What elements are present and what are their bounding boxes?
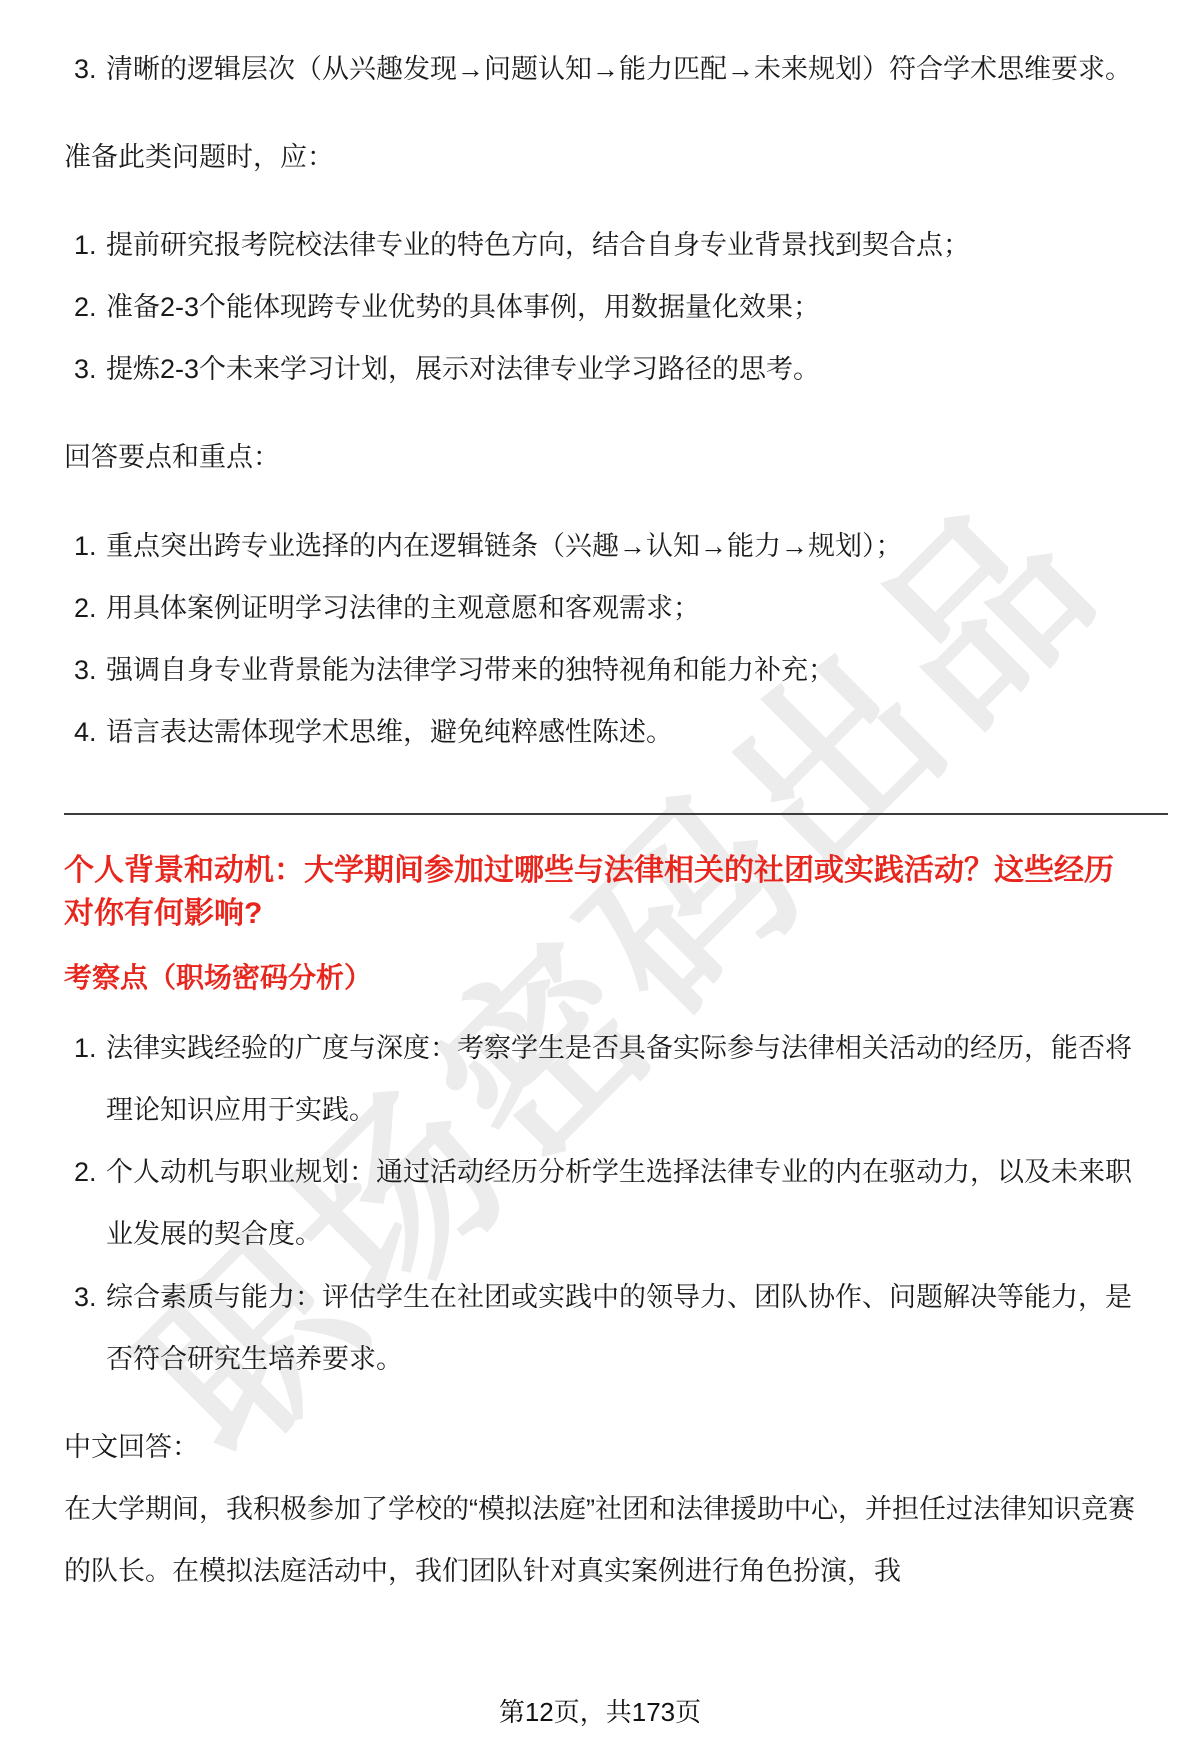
list-item-text: 提炼2-3个未来学习计划，展示对法律专业学习路径的思考。 [106,338,1142,400]
continued-numbered-list: 3. 清晰的逻辑层次（从兴趣发现→问题认知→能力匹配→未来规划）符合学术思维要求… [64,38,1142,100]
key-points-intro: 回答要点和重点： [64,426,1142,488]
answer-paragraph: 在大学期间，我积极参加了学校的“模拟法庭”社团和法律援助中心，并担任过法律知识竞… [64,1478,1142,1602]
list-item-text: 语言表达需体现学术思维，避免纯粹感性陈述。 [106,701,1142,763]
list-item-number: 4. [64,701,106,763]
document-page: 3. 清晰的逻辑层次（从兴趣发现→问题认知→能力匹配→未来规划）符合学术思维要求… [0,0,1200,1602]
list-item: 4. 语言表达需体现学术思维，避免纯粹感性陈述。 [64,701,1142,763]
list-item-text: 用具体案例证明学习法律的主观意愿和客观需求； [106,577,1142,639]
list-item: 3. 提炼2-3个未来学习计划，展示对法律专业学习路径的思考。 [64,338,1142,400]
list-item-text: 个人动机与职业规划：通过活动经历分析学生选择法律专业的内在驱动力，以及未来职业发… [106,1141,1142,1265]
page-number-indicator: 第12页，共173页 [0,1692,1200,1729]
list-item-number: 3. [64,639,106,701]
section-divider [64,813,1168,815]
list-item: 1. 重点突出跨专业选择的内在逻辑链条（兴趣→认知→能力→规划）； [64,515,1142,577]
list-item-number: 3. [64,1266,106,1328]
list-item-text: 法律实践经验的广度与深度：考察学生是否具备实际参与法律相关活动的经历，能否将理论… [106,1017,1142,1141]
list-item-number: 2. [64,276,106,338]
list-item-text: 重点突出跨专业选择的内在逻辑链条（兴趣→认知→能力→规划）； [106,515,1142,577]
list-item-number: 3. [64,38,106,100]
list-item-number: 2. [64,1141,106,1203]
prep-intro: 准备此类问题时，应： [64,126,1142,188]
answer-label: 中文回答： [64,1416,1142,1478]
analysis-numbered-list: 1. 法律实践经验的广度与深度：考察学生是否具备实际参与法律相关活动的经历，能否… [64,1017,1142,1390]
prep-numbered-list: 1. 提前研究报考院校法律专业的特色方向，结合自身专业背景找到契合点； 2. 准… [64,214,1142,400]
list-item-number: 1. [64,515,106,577]
list-item-text: 强调自身专业背景能为法律学习带来的独特视角和能力补充； [106,639,1142,701]
list-item: 2. 准备2-3个能体现跨专业优势的具体事例，用数据量化效果； [64,276,1142,338]
list-item: 1. 法律实践经验的广度与深度：考察学生是否具备实际参与法律相关活动的经历，能否… [64,1017,1142,1141]
list-item: 3. 清晰的逻辑层次（从兴趣发现→问题认知→能力匹配→未来规划）符合学术思维要求… [64,38,1142,100]
list-item-number: 1. [64,1017,106,1079]
list-item: 3. 综合素质与能力：评估学生在社团或实践中的领导力、团队协作、问题解决等能力，… [64,1266,1142,1390]
key-points-numbered-list: 1. 重点突出跨专业选择的内在逻辑链条（兴趣→认知→能力→规划）； 2. 用具体… [64,515,1142,763]
list-item-text: 准备2-3个能体现跨专业优势的具体事例，用数据量化效果； [106,276,1142,338]
list-item-text: 清晰的逻辑层次（从兴趣发现→问题认知→能力匹配→未来规划）符合学术思维要求。 [106,38,1142,100]
list-item: 2. 用具体案例证明学习法律的主观意愿和客观需求； [64,577,1142,639]
list-item-text: 综合素质与能力：评估学生在社团或实践中的领导力、团队协作、问题解决等能力，是否符… [106,1266,1142,1390]
list-item-text: 提前研究报考院校法律专业的特色方向，结合自身专业背景找到契合点； [106,214,1142,276]
list-item: 1. 提前研究报考院校法律专业的特色方向，结合自身专业背景找到契合点； [64,214,1142,276]
list-item-number: 1. [64,214,106,276]
list-item-number: 3. [64,338,106,400]
interview-question-heading: 个人背景和动机：大学期间参加过哪些与法律相关的社团或实践活动？这些经历对你有何影… [64,849,1142,936]
list-item: 3. 强调自身专业背景能为法律学习带来的独特视角和能力补充； [64,639,1142,701]
list-item: 2. 个人动机与职业规划：通过活动经历分析学生选择法律专业的内在驱动力，以及未来… [64,1141,1142,1265]
list-item-number: 2. [64,577,106,639]
analysis-subheading: 考察点（职场密码分析） [64,958,1142,997]
